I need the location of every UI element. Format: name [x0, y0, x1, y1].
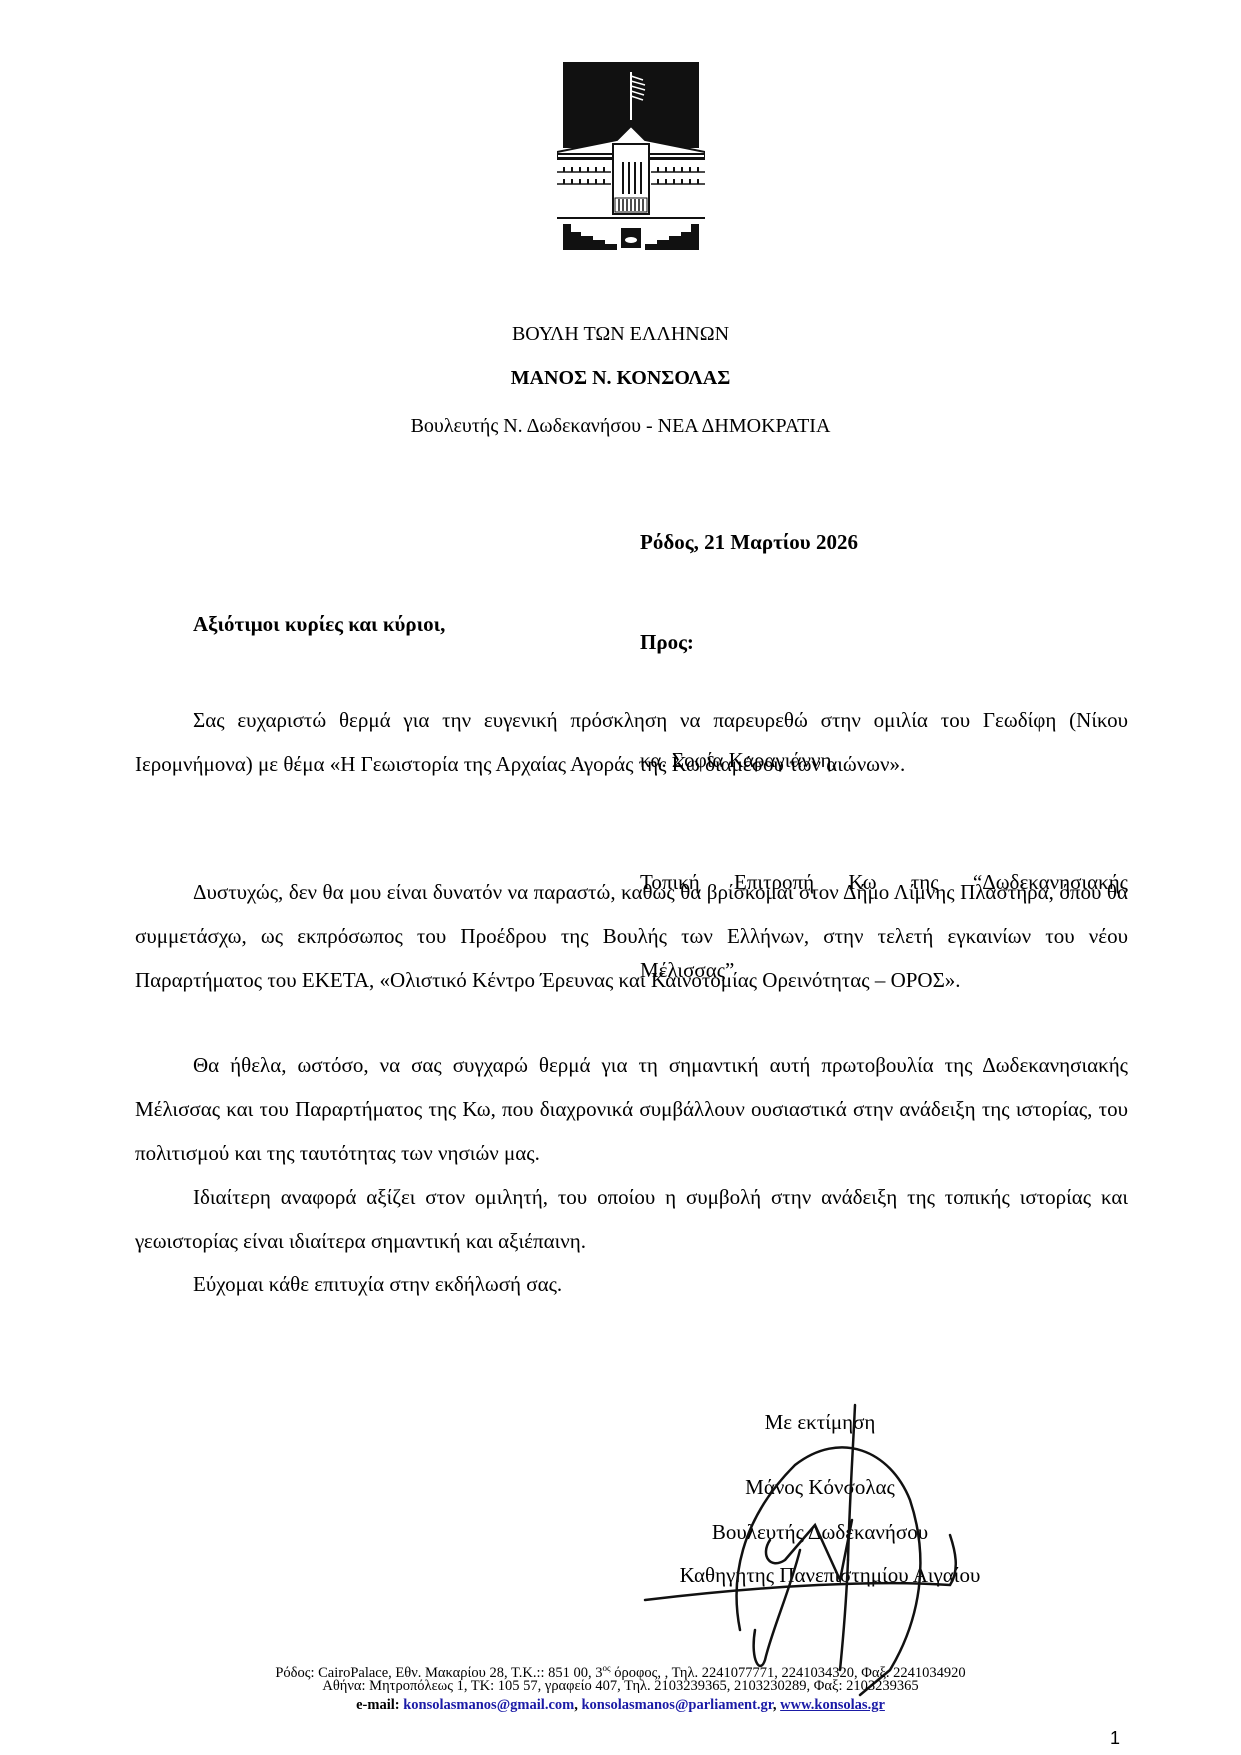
- email-link-parliament[interactable]: konsolasmanos@parliament.gr: [581, 1697, 772, 1713]
- footer-athens-address: Αθήνα: Μητροπόλεως 1, ΤΚ: 105 57, γραφεί…: [0, 1678, 1241, 1695]
- email-link-gmail[interactable]: konsolasmanos@gmail.com: [403, 1697, 574, 1713]
- sender-title: Βουλευτής Ν. Δωδεκανήσου - ΝΕΑ ΔΗΜΟΚΡΑΤΙ…: [0, 414, 1241, 438]
- email-label: e-mail:: [356, 1697, 399, 1713]
- website-link[interactable]: www.konsolas.gr: [780, 1697, 885, 1713]
- signatory-name: Μάνος Κόνσολας: [560, 1475, 1080, 1500]
- signatory-position: Καθηγητης Πανεπιστημίου Αιγαίου: [550, 1563, 1110, 1588]
- footer-contacts: e-mail: konsolasmanos@gmail.com, konsola…: [0, 1697, 1241, 1714]
- closing: Με εκτίμηση: [610, 1410, 1030, 1435]
- sender-name: ΜΑΝΟΣ Ν. ΚΟΝΣΟΛΑΣ: [0, 366, 1241, 390]
- body-paragraph-3: Θα ήθελα, ωστόσο, να σας συγχαρώ θερμά γ…: [135, 1043, 1128, 1175]
- body-paragraph-5: Εύχομαι κάθε επιτυχία στην εκδήλωσή σας.: [135, 1262, 1128, 1306]
- body-paragraph-2: Δυστυχώς, δεν θα μου είναι δυνατόν να πα…: [135, 870, 1128, 1002]
- place-date: Ρόδος, 21 Μαρτίου 2026: [640, 530, 858, 555]
- greeting: Αξιότιμοι κυρίες και κύριοι,: [193, 612, 445, 637]
- institution-name: ΒΟΥΛΗ ΤΩΝ ΕΛΛΗΝΩΝ: [0, 322, 1241, 346]
- handwritten-signature-icon: [620, 1330, 980, 1700]
- hellenic-parliament-logo-icon: [557, 62, 705, 250]
- page-number: 1: [1110, 1728, 1120, 1749]
- signatory-role: Βουλευτής Δωδεκανήσου: [540, 1520, 1100, 1545]
- body-paragraph-4: Ιδιαίτερη αναφορά αξίζει στον ομιλητή, τ…: [135, 1175, 1128, 1263]
- to-label: Προς:: [640, 630, 694, 655]
- body-paragraph-1: Σας ευχαριστώ θερμά για την ευγενική πρό…: [135, 698, 1128, 786]
